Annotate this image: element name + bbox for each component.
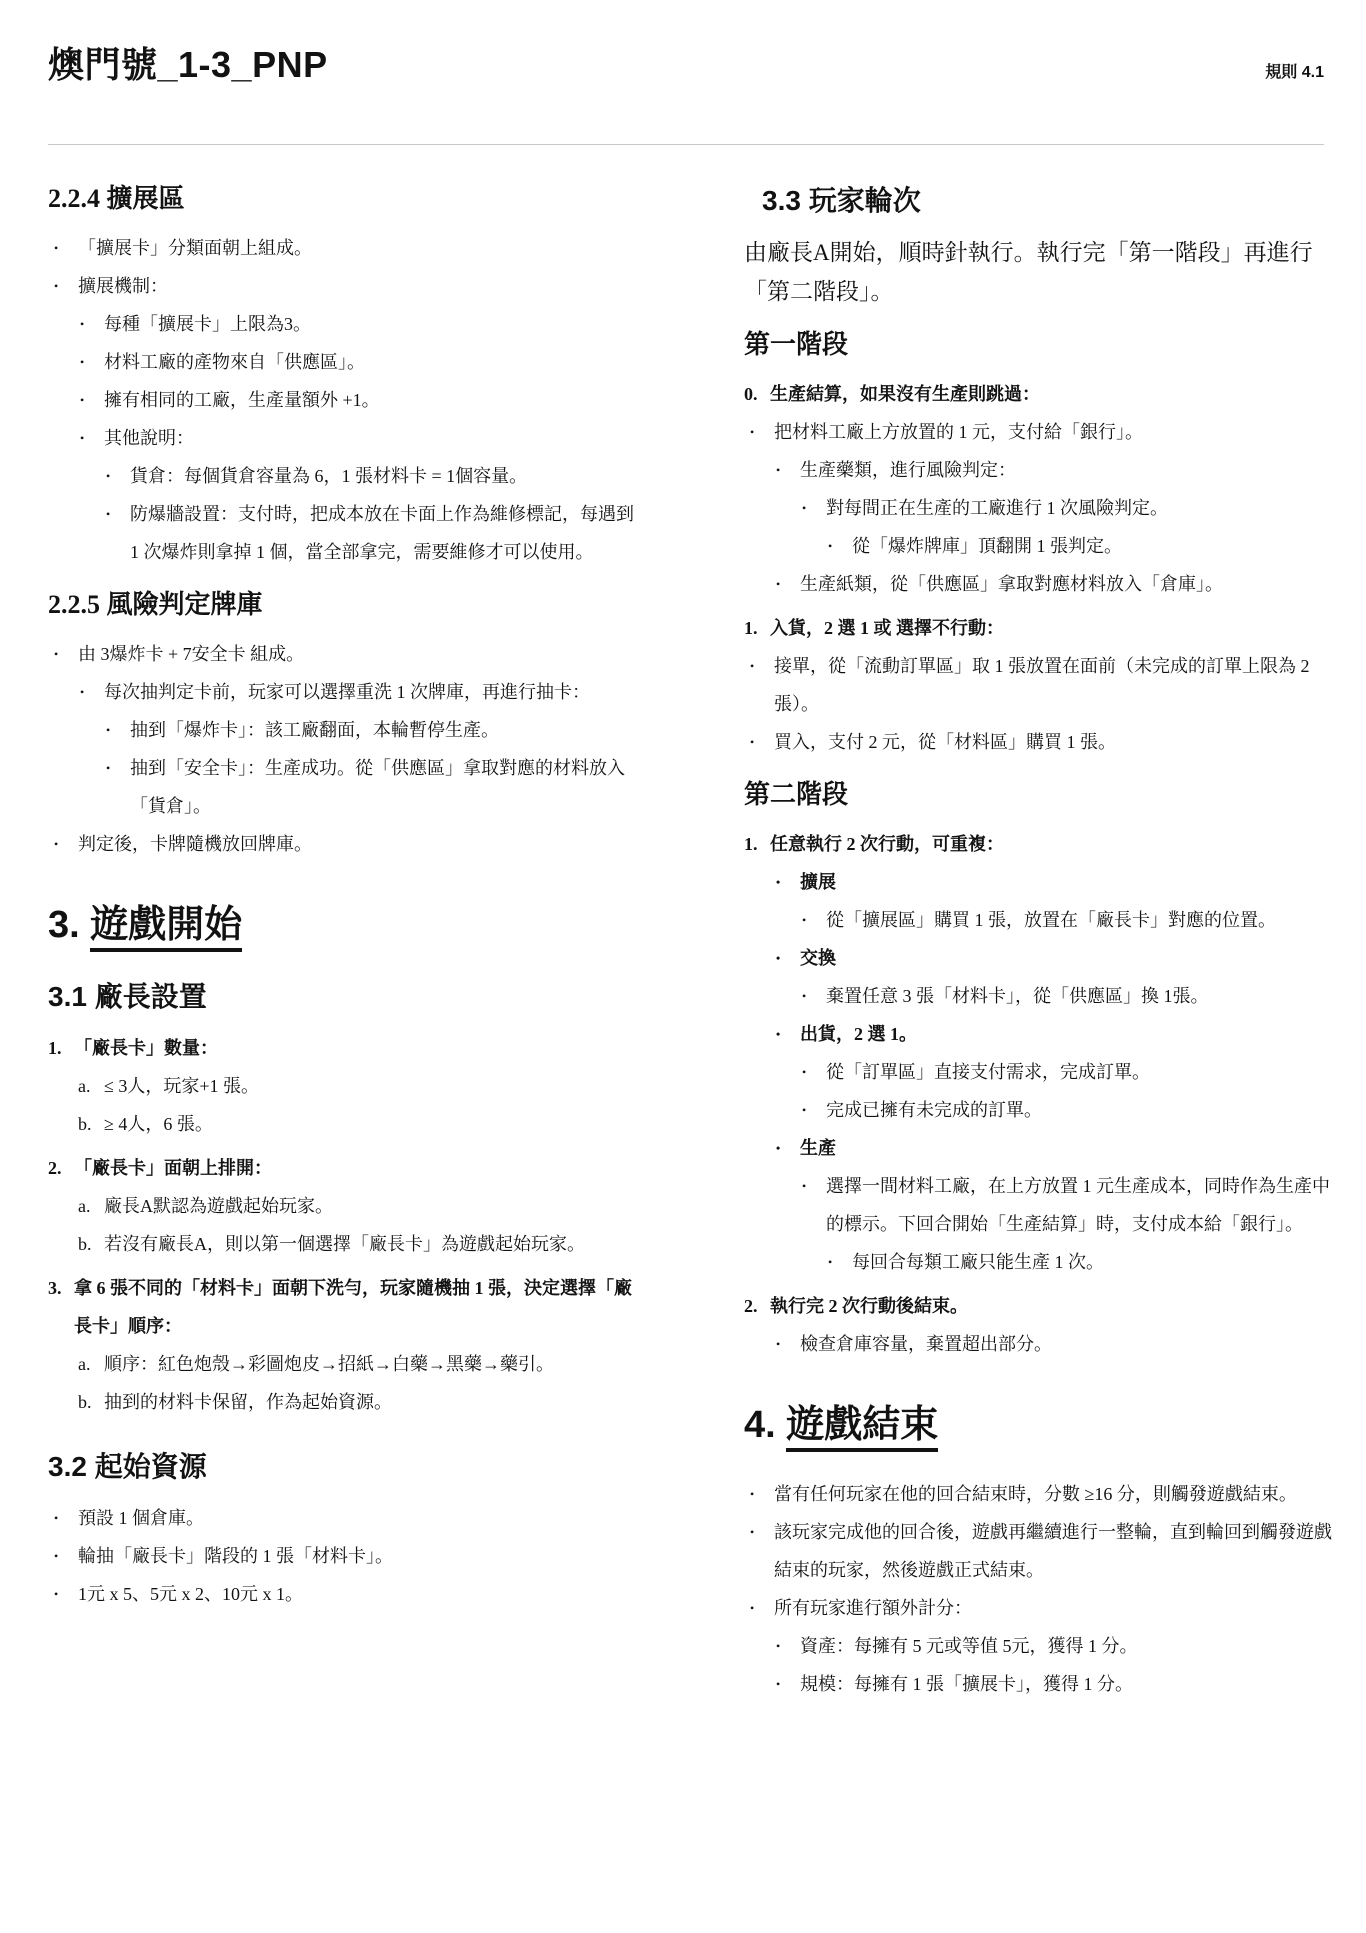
list-item-text: 資產：每擁有 5 元或等值 5元，獲得 1 分。 (800, 1627, 1342, 1665)
document-title: 燠門號_1-3_PNP (48, 42, 328, 88)
ordered-item: b.抽到的材料卡保留，作為起始資源。 (48, 1383, 640, 1421)
bullet-item: •所有玩家進行額外計分： (744, 1589, 1342, 1627)
bullet-icon: • (802, 489, 826, 527)
list-item-text: 生產藥類，進行風險判定： (800, 451, 1342, 489)
list-item-text: 擁有相同的工廠，生產量額外 +1。 (104, 381, 640, 419)
bullet-icon: • (54, 635, 78, 673)
document-page: 燠門號_1-3_PNP 規則 4.1 2.2.4 擴展區•「擴展卡」分類面朝上組… (0, 0, 1366, 1933)
bullet-item: •當有任何玩家在他的回合結束時，分數 ≥16 分，則觸發遊戲結束。 (744, 1475, 1342, 1513)
bullet-icon: • (106, 749, 130, 825)
subsection-heading: 3.2 起始資源 (48, 1447, 640, 1487)
list-item-text: 生產紙類，從「供應區」拿取對應材料放入「倉庫」。 (800, 565, 1342, 603)
list-item-text: 生產結算，如果沒有生產則跳過： (770, 375, 1342, 413)
list-item-text: 判定後，卡牌隨機放回牌庫。 (78, 825, 640, 863)
bullet-item: •檢查倉庫容量，棄置超出部分。 (744, 1325, 1342, 1363)
bullet-item: •生產 (744, 1129, 1342, 1167)
ordered-item: 2.執行完 2 次行動後結束。 (744, 1287, 1342, 1325)
bullet-icon: • (776, 1627, 800, 1665)
subsection-heading: 3.3 玩家輪次 (744, 181, 1342, 221)
bullet-item: •貨倉：每個貨倉容量為 6，1 張材料卡 = 1個容量。 (48, 457, 640, 495)
list-item-text: 預設 1 個倉庫。 (78, 1499, 640, 1537)
list-marker: 1. (744, 609, 770, 647)
bullet-item: •1元 x 5、5元 x 2、10元 x 1。 (48, 1575, 640, 1613)
bullet-icon: • (750, 647, 774, 723)
bullet-icon: • (802, 901, 826, 939)
list-item-text: 檢查倉庫容量，棄置超出部分。 (800, 1325, 1342, 1363)
bullet-icon: • (54, 267, 78, 305)
list-item-text: 防爆牆設置：支付時，把成本放在卡面上作為維修標記，每遇到 1 次爆炸則拿掉 1 … (130, 495, 640, 571)
bullet-icon: • (776, 1665, 800, 1703)
section-heading: 4. 遊戲結束 (744, 1399, 1342, 1451)
bullet-icon: • (776, 863, 800, 901)
bullet-item: •從「爆炸牌庫」頂翻開 1 張判定。 (744, 527, 1342, 565)
list-item-text: 每種「擴展卡」上限為3。 (104, 305, 640, 343)
bullet-item: •防爆牆設置：支付時，把成本放在卡面上作為維修標記，每遇到 1 次爆炸則拿掉 1… (48, 495, 640, 571)
ordered-item: 1.入貨，2 選 1 或 選擇不行動： (744, 609, 1342, 647)
bullet-icon: • (776, 451, 800, 489)
bullet-item: •擴展機制： (48, 267, 640, 305)
list-marker: b. (78, 1105, 104, 1143)
ordered-item: b.若沒有廠長A，則以第一個選擇「廠長卡」為遊戲起始玩家。 (48, 1225, 640, 1263)
bullet-item: •從「擴展區」購買 1 張，放置在「廠長卡」對應的位置。 (744, 901, 1342, 939)
list-item-text: 其他說明： (104, 419, 640, 457)
list-item-text: 入貨，2 選 1 或 選擇不行動： (770, 609, 1342, 647)
list-item-text: 1元 x 5、5元 x 2、10元 x 1。 (78, 1575, 640, 1613)
subsection-heading: 第二階段 (744, 777, 1342, 813)
bullet-item: •「擴展卡」分類面朝上組成。 (48, 229, 640, 267)
list-item-text: 出貨，2 選 1。 (800, 1015, 1342, 1053)
bullet-item: •每次抽判定卡前，玩家可以選擇重洗 1 次牌庫，再進行抽卡： (48, 673, 640, 711)
bullet-item: •買入，支付 2 元，從「材料區」購買 1 張。 (744, 723, 1342, 761)
list-marker: 2. (48, 1149, 74, 1187)
bullet-item: •資產：每擁有 5 元或等值 5元，獲得 1 分。 (744, 1627, 1342, 1665)
list-item-text: ≤ 3人，玩家+1 張。 (104, 1067, 640, 1105)
list-item-text: 該玩家完成他的回合後，遊戲再繼續進行一整輪，直到輪回到觸發遊戲結束的玩家，然後遊… (774, 1513, 1342, 1589)
left-column: 2.2.4 擴展區•「擴展卡」分類面朝上組成。•擴展機制：•每種「擴展卡」上限為… (48, 181, 640, 1703)
list-item-text: 拿 6 張不同的「材料卡」面朝下洗勻，玩家隨機抽 1 張，決定選擇「廠長卡」順序… (74, 1269, 640, 1345)
bullet-icon: • (802, 1167, 826, 1243)
bullet-item: •輪抽「廠長卡」階段的 1 張「材料卡」。 (48, 1537, 640, 1575)
list-marker: a. (78, 1187, 104, 1225)
section-label: 遊戲結束 (786, 1404, 938, 1452)
list-marker: a. (78, 1067, 104, 1105)
subsection-heading: 第一階段 (744, 327, 1342, 363)
ordered-item: 3.拿 6 張不同的「材料卡」面朝下洗勻，玩家隨機抽 1 張，決定選擇「廠長卡」… (48, 1269, 640, 1345)
bullet-icon: • (106, 457, 130, 495)
list-item-text: 完成已擁有未完成的訂單。 (826, 1091, 1342, 1129)
list-marker: b. (78, 1383, 104, 1421)
ordered-item: 2.「廠長卡」面朝上排開： (48, 1149, 640, 1187)
list-item-text: 若沒有廠長A，則以第一個選擇「廠長卡」為遊戲起始玩家。 (104, 1225, 640, 1263)
bullet-item: •棄置任意 3 張「材料卡」，從「供應區」換 1張。 (744, 977, 1342, 1015)
bullet-item: •完成已擁有未完成的訂單。 (744, 1091, 1342, 1129)
list-item-text: 抽到「安全卡」：生產成功。從「供應區」拿取對應的材料放入「貨倉」。 (130, 749, 640, 825)
bullet-icon: • (776, 1325, 800, 1363)
ordered-item: b.≥ 4人，6 張。 (48, 1105, 640, 1143)
bullet-icon: • (776, 565, 800, 603)
list-marker: 2. (744, 1287, 770, 1325)
bullet-icon: • (750, 723, 774, 761)
ordered-item: 1.任意執行 2 次行動，可重複： (744, 825, 1342, 863)
bullet-icon: • (54, 229, 78, 267)
bullet-item: •生產紙類，從「供應區」拿取對應材料放入「倉庫」。 (744, 565, 1342, 603)
bullet-item: •擴展 (744, 863, 1342, 901)
section-heading: 3. 遊戲開始 (48, 899, 640, 951)
subsection-heading: 3.1 廠長設置 (48, 977, 640, 1017)
subsection-heading: 2.2.5 風險判定牌庫 (48, 587, 640, 623)
list-item-text: 貨倉：每個貨倉容量為 6，1 張材料卡 = 1個容量。 (130, 457, 640, 495)
bullet-icon: • (828, 527, 852, 565)
bullet-item: •對每間正在生產的工廠進行 1 次風險判定。 (744, 489, 1342, 527)
bullet-icon: • (80, 305, 104, 343)
list-item-text: 廠長A默認為遊戲起始玩家。 (104, 1187, 640, 1225)
list-item-text: 順序：紅色炮殼→彩圖炮皮→招紙→白藥→黑藥→藥引。 (104, 1345, 640, 1383)
list-item-text: 從「訂單區」直接支付需求，完成訂單。 (826, 1053, 1342, 1091)
list-item-text: 接單，從「流動訂單區」取 1 張放置在面前（未完成的訂單上限為 2 張）。 (774, 647, 1342, 723)
list-item-text: 任意執行 2 次行動，可重複： (770, 825, 1342, 863)
list-marker: 3. (48, 1269, 74, 1345)
bullet-item: •擁有相同的工廠，生產量額外 +1。 (48, 381, 640, 419)
list-marker: a. (78, 1345, 104, 1383)
bullet-item: •材料工廠的產物來自「供應區」。 (48, 343, 640, 381)
list-item-text: 執行完 2 次行動後結束。 (770, 1287, 1342, 1325)
list-item-text: 每回合每類工廠只能生產 1 次。 (852, 1243, 1342, 1281)
list-item-text: 抽到「爆炸卡」：該工廠翻面，本輪暫停生產。 (130, 711, 640, 749)
list-item-text: 所有玩家進行額外計分： (774, 1589, 1342, 1627)
list-item-text: 「廠長卡」面朝上排開： (74, 1149, 640, 1187)
section-label: 遊戲開始 (90, 904, 242, 952)
list-item-text: 輪抽「廠長卡」階段的 1 張「材料卡」。 (78, 1537, 640, 1575)
subsection-heading: 2.2.4 擴展區 (48, 181, 640, 217)
bullet-icon: • (750, 1589, 774, 1627)
bullet-item: •該玩家完成他的回合後，遊戲再繼續進行一整輪，直到輪回到觸發遊戲結束的玩家，然後… (744, 1513, 1342, 1589)
list-item-text: 擴展機制： (78, 267, 640, 305)
list-item-text: 材料工廠的產物來自「供應區」。 (104, 343, 640, 381)
section-number: 3. (48, 904, 80, 946)
bullet-icon: • (80, 381, 104, 419)
bullet-item: •每種「擴展卡」上限為3。 (48, 305, 640, 343)
bullet-icon: • (54, 1575, 78, 1613)
list-item-text: 把材料工廠上方放置的 1 元，支付給「銀行」。 (774, 413, 1342, 451)
list-item-text: 由 3爆炸卡 + 7安全卡 組成。 (78, 635, 640, 673)
list-item-text: 每次抽判定卡前，玩家可以選擇重洗 1 次牌庫，再進行抽卡： (104, 673, 640, 711)
bullet-icon: • (776, 1015, 800, 1053)
rules-version-label: 規則 4.1 (1265, 62, 1324, 88)
bullet-icon: • (54, 1537, 78, 1575)
bullet-item: •選擇一間材料工廠，在上方放置 1 元生產成本，同時作為生產中的標示。下回合開始… (744, 1167, 1342, 1243)
bullet-item: •接單，從「流動訂單區」取 1 張放置在面前（未完成的訂單上限為 2 張）。 (744, 647, 1342, 723)
list-item-text: 選擇一間材料工廠，在上方放置 1 元生產成本，同時作為生產中的標示。下回合開始「… (826, 1167, 1342, 1243)
bullet-icon: • (750, 1475, 774, 1513)
list-item-text: 當有任何玩家在他的回合結束時，分數 ≥16 分，則觸發遊戲結束。 (774, 1475, 1342, 1513)
ordered-item: a.廠長A默認為遊戲起始玩家。 (48, 1187, 640, 1225)
list-marker: 1. (48, 1029, 74, 1067)
ordered-item: 1.「廠長卡」數量： (48, 1029, 640, 1067)
list-item-text: 從「爆炸牌庫」頂翻開 1 張判定。 (852, 527, 1342, 565)
bullet-icon: • (750, 1513, 774, 1589)
list-item-text: 規模：每擁有 1 張「擴展卡」，獲得 1 分。 (800, 1665, 1342, 1703)
bullet-item: •交換 (744, 939, 1342, 977)
list-item-text: ≥ 4人，6 張。 (104, 1105, 640, 1143)
bullet-item: •出貨，2 選 1。 (744, 1015, 1342, 1053)
bullet-item: •其他說明： (48, 419, 640, 457)
list-item-text: 對每間正在生產的工廠進行 1 次風險判定。 (826, 489, 1342, 527)
ordered-item: 0.生產結算，如果沒有生產則跳過： (744, 375, 1342, 413)
bullet-icon: • (106, 495, 130, 571)
bullet-item: •生產藥類，進行風險判定： (744, 451, 1342, 489)
list-item-text: 買入，支付 2 元，從「材料區」購買 1 張。 (774, 723, 1342, 761)
list-marker: 0. (744, 375, 770, 413)
list-item-text: 棄置任意 3 張「材料卡」，從「供應區」換 1張。 (826, 977, 1342, 1015)
bullet-icon: • (80, 673, 104, 711)
bullet-item: •抽到「安全卡」：生產成功。從「供應區」拿取對應的材料放入「貨倉」。 (48, 749, 640, 825)
list-marker: 1. (744, 825, 770, 863)
bullet-icon: • (802, 977, 826, 1015)
bullet-icon: • (80, 419, 104, 457)
section-number: 4. (744, 1404, 776, 1446)
bullet-icon: • (802, 1053, 826, 1091)
bullet-icon: • (776, 1129, 800, 1167)
list-marker: b. (78, 1225, 104, 1263)
bullet-icon: • (802, 1091, 826, 1129)
bullet-item: •把材料工廠上方放置的 1 元，支付給「銀行」。 (744, 413, 1342, 451)
intro-paragraph: 由廠長A開始，順時針執行。執行完「第一階段」再進行「第二階段」。 (744, 233, 1342, 311)
bullet-item: •預設 1 個倉庫。 (48, 1499, 640, 1537)
bullet-icon: • (750, 413, 774, 451)
ordered-item: a.≤ 3人，玩家+1 張。 (48, 1067, 640, 1105)
bullet-icon: • (54, 1499, 78, 1537)
right-column: 3.3 玩家輪次由廠長A開始，順時針執行。執行完「第一階段」再進行「第二階段」。… (744, 181, 1342, 1703)
list-item-text: 「廠長卡」數量： (74, 1029, 640, 1067)
list-item-text: 抽到的材料卡保留，作為起始資源。 (104, 1383, 640, 1421)
list-item-text: 生產 (800, 1129, 1342, 1167)
list-item-text: 「擴展卡」分類面朝上組成。 (78, 229, 640, 267)
bullet-item: •從「訂單區」直接支付需求，完成訂單。 (744, 1053, 1342, 1091)
bullet-item: •每回合每類工廠只能生產 1 次。 (744, 1243, 1342, 1281)
list-item-text: 從「擴展區」購買 1 張，放置在「廠長卡」對應的位置。 (826, 901, 1342, 939)
bullet-icon: • (106, 711, 130, 749)
bullet-icon: • (54, 825, 78, 863)
bullet-item: •規模：每擁有 1 張「擴展卡」，獲得 1 分。 (744, 1665, 1342, 1703)
list-item-text: 擴展 (800, 863, 1342, 901)
content-columns: 2.2.4 擴展區•「擴展卡」分類面朝上組成。•擴展機制：•每種「擴展卡」上限為… (0, 145, 1366, 1703)
document-header: 燠門號_1-3_PNP 規則 4.1 (0, 0, 1366, 88)
bullet-item: •由 3爆炸卡 + 7安全卡 組成。 (48, 635, 640, 673)
bullet-icon: • (80, 343, 104, 381)
bullet-item: •抽到「爆炸卡」：該工廠翻面，本輪暫停生產。 (48, 711, 640, 749)
ordered-item: a.順序：紅色炮殼→彩圖炮皮→招紙→白藥→黑藥→藥引。 (48, 1345, 640, 1383)
bullet-icon: • (776, 939, 800, 977)
bullet-item: •判定後，卡牌隨機放回牌庫。 (48, 825, 640, 863)
bullet-icon: • (828, 1243, 852, 1281)
list-item-text: 交換 (800, 939, 1342, 977)
